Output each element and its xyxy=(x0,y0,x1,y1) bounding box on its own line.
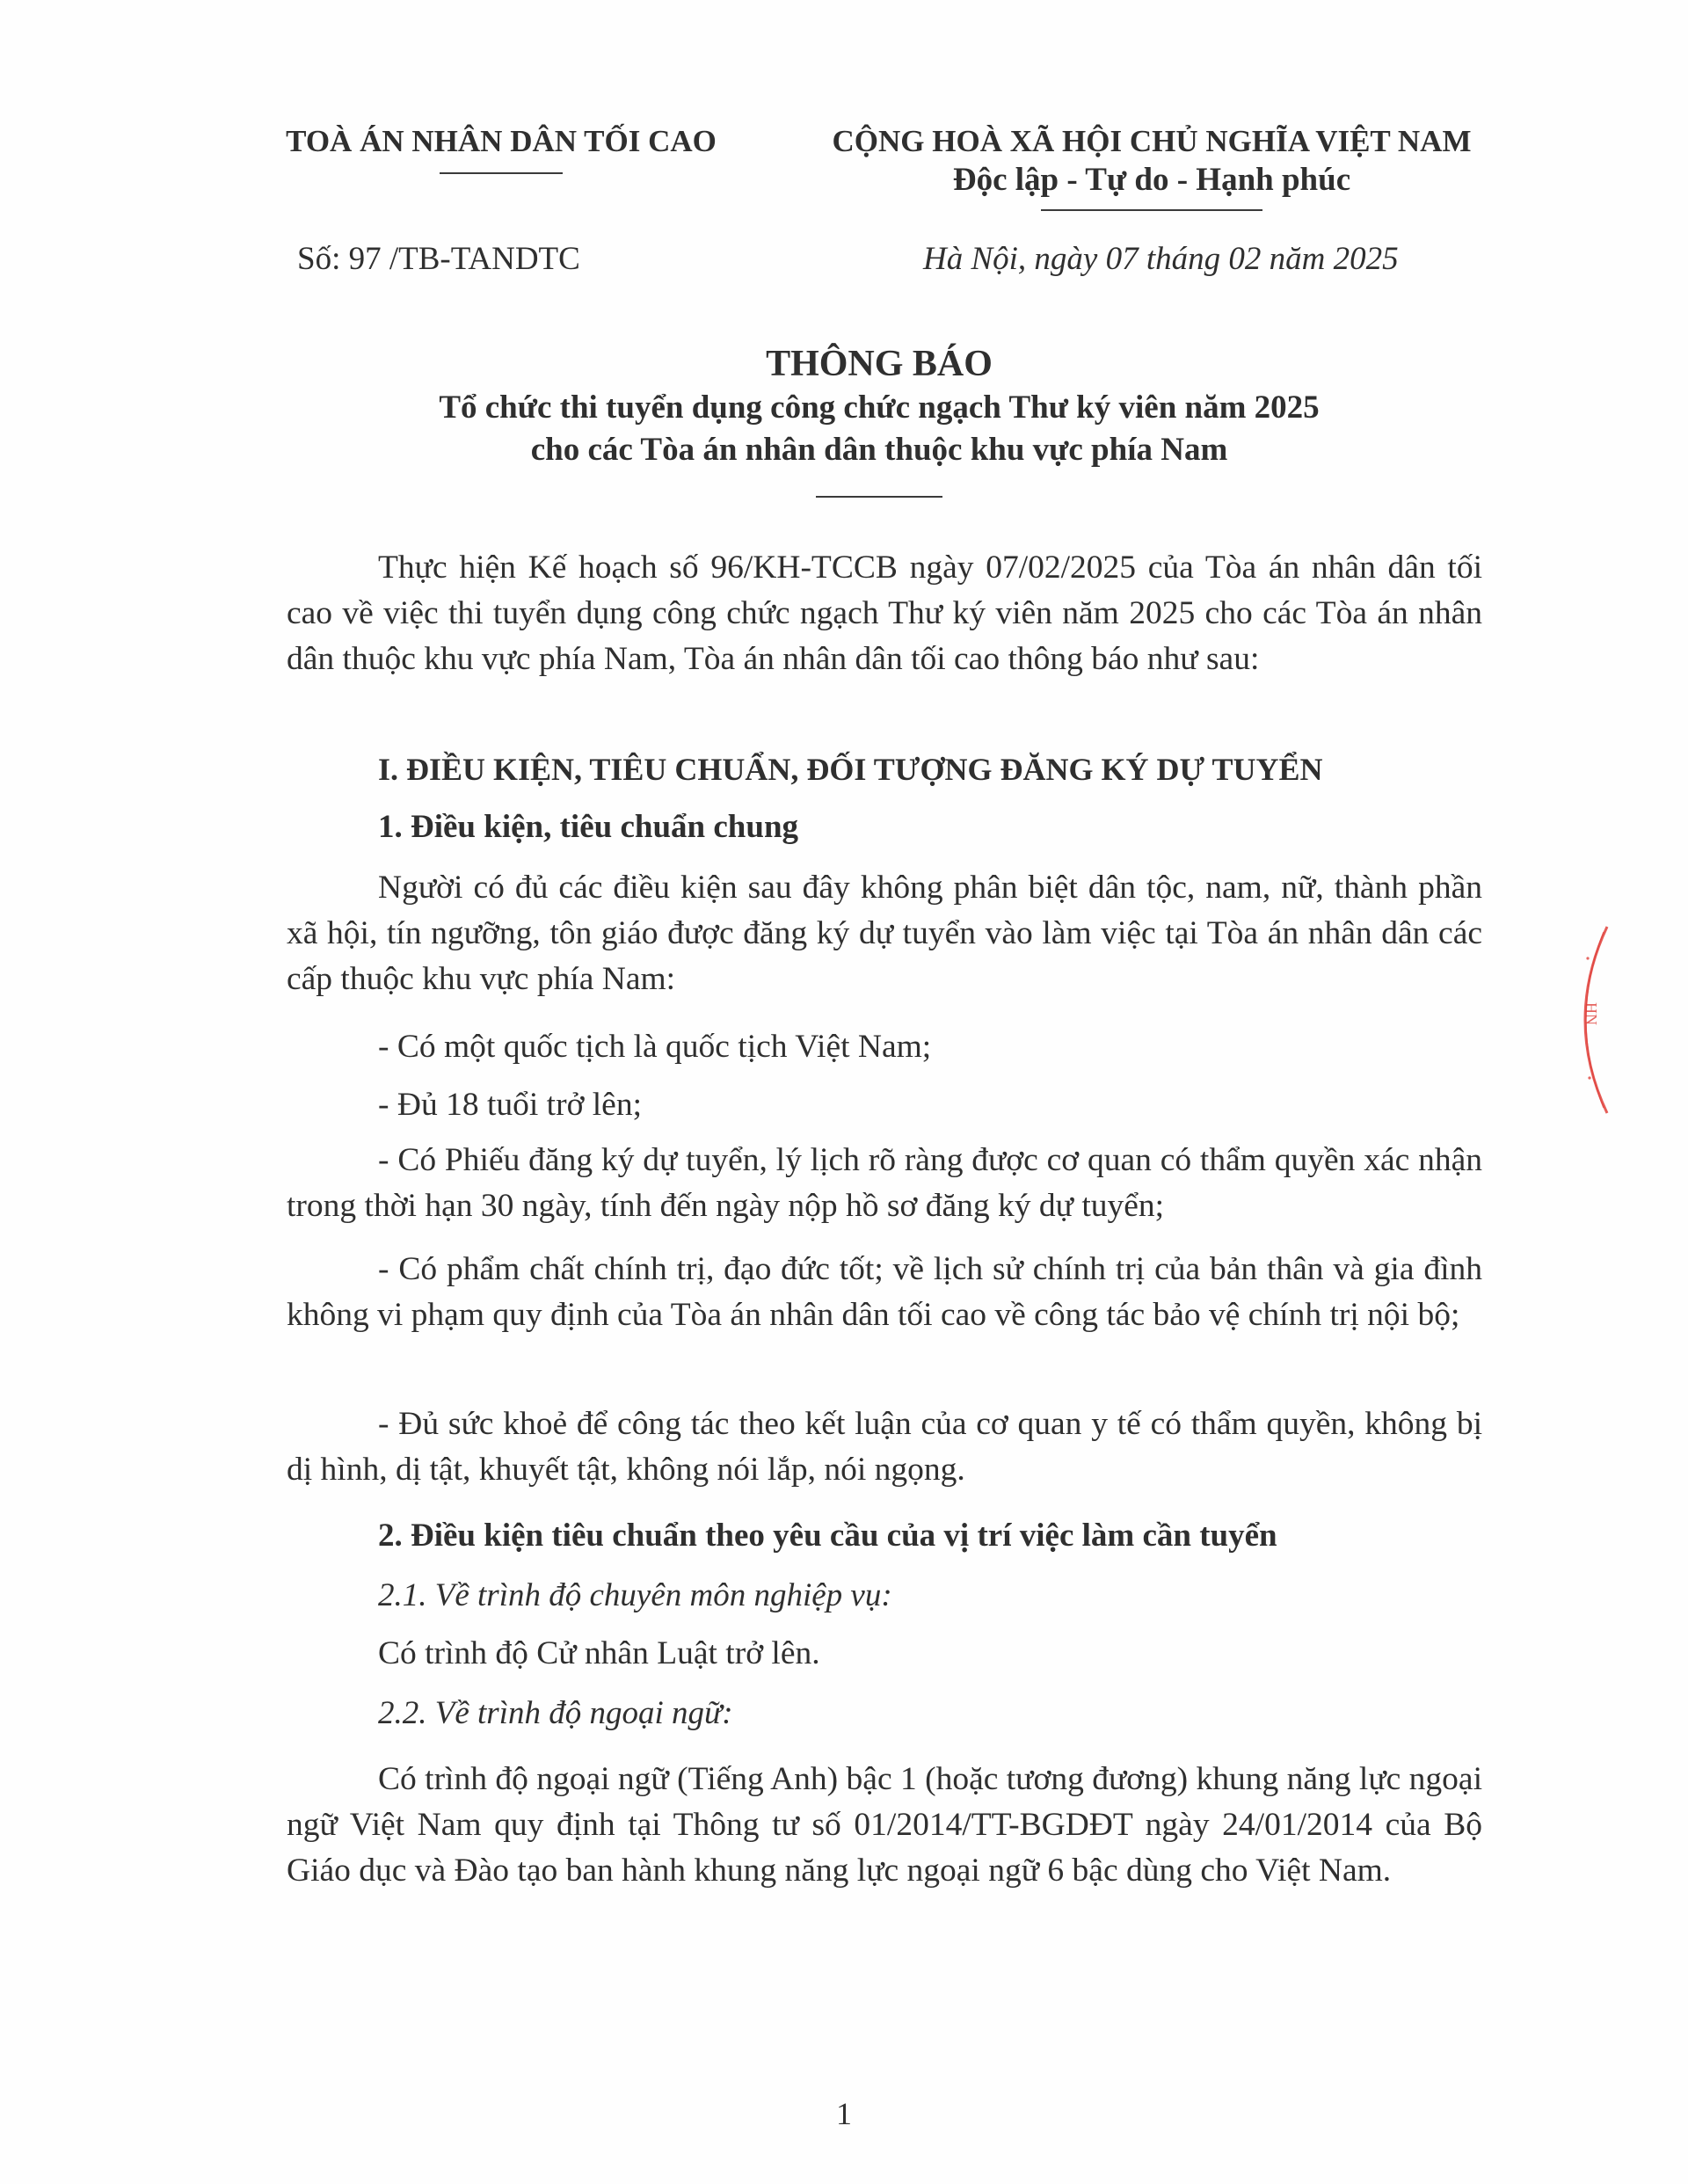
motto-underline xyxy=(1041,209,1262,211)
document-subtitle-line-2: cho các Tòa án nhân dân thuộc khu vực ph… xyxy=(352,429,1407,471)
page-number: 1 xyxy=(0,2096,1688,2131)
official-seal-fragment: ΗΝ xyxy=(1556,923,1609,1117)
section-1-1-heading: 1. Điều kiện, tiêu chuẩn chung xyxy=(378,807,798,848)
national-title: CỘNG HOÀ XÃ HỘI CHỦ NGHĨA VIỆT NAM xyxy=(774,123,1530,160)
list-item-block: - Có Phiếu đăng ký dự tuyển, lý lịch rõ … xyxy=(287,1138,1482,1229)
section-1-1-paragraph: Người có đủ các điều kiện sau đây không … xyxy=(287,865,1482,1002)
document-page: TOÀ ÁN NHÂN DÂN TỐI CAO CỘNG HOÀ XÃ HỘI … xyxy=(0,0,1688,2184)
document-title: THÔNG BÁO xyxy=(352,341,1407,387)
title-block: THÔNG BÁO Tổ chức thi tuyển dụng công ch… xyxy=(352,341,1407,498)
section-2-2-heading: 2.2. Về trình độ ngoại ngữ: xyxy=(378,1693,733,1734)
section-2-2-paragraph-block: Có trình độ ngoại ngữ (Tiếng Anh) bậc 1 … xyxy=(287,1757,1482,1894)
document-subtitle-line-1: Tổ chức thi tuyển dụng công chức ngạch T… xyxy=(352,387,1407,429)
place-and-date: Hà Nội, ngày 07 tháng 02 năm 2025 xyxy=(923,240,1399,279)
issuing-agency: TOÀ ÁN NHÂN DÂN TỐI CAO xyxy=(255,123,747,160)
list-item-block: - Có phẩm chất chính trị, đạo đức tốt; v… xyxy=(287,1247,1482,1338)
list-item: - Đủ sức khoẻ để công tác theo kết luận … xyxy=(287,1401,1482,1493)
intro-paragraph: Thực hiện Kế hoạch số 96/KH-TCCB ngày 07… xyxy=(287,545,1482,682)
national-header-block: CỘNG HOÀ XÃ HỘI CHỦ NGHĨA VIỆT NAM Độc l… xyxy=(774,123,1530,211)
section-2-2-text: Có trình độ ngoại ngữ (Tiếng Anh) bậc 1 … xyxy=(287,1757,1482,1894)
section-2-1-heading: 2.1. Về trình độ chuyên môn nghiệp vụ: xyxy=(378,1576,892,1616)
list-item: - Có phẩm chất chính trị, đạo đức tốt; v… xyxy=(287,1247,1482,1338)
national-motto: Độc lập - Tự do - Hạnh phúc xyxy=(774,160,1530,200)
list-item: - Đủ 18 tuổi trở lên; xyxy=(378,1085,642,1125)
section-2-1-text: Có trình độ Cử nhân Luật trở lên. xyxy=(378,1634,820,1674)
issuing-agency-block: TOÀ ÁN NHÂN DÂN TỐI CAO xyxy=(255,123,747,174)
document-number: Số: 97 /TB-TANDTC xyxy=(297,240,580,279)
title-underline xyxy=(816,496,942,498)
list-item-block: - Đủ sức khoẻ để công tác theo kết luận … xyxy=(287,1401,1482,1493)
section-1-2-heading: 2. Điều kiện tiêu chuẩn theo yêu cầu của… xyxy=(378,1516,1277,1556)
section-1-1-paragraph-block: Người có đủ các điều kiện sau đây không … xyxy=(287,865,1482,1002)
list-item: - Có Phiếu đăng ký dự tuyển, lý lịch rõ … xyxy=(287,1138,1482,1229)
section-1-heading: I. ĐIỀU KIỆN, TIÊU CHUẨN, ĐỐI TƯỢNG ĐĂNG… xyxy=(378,749,1322,790)
intro-paragraph-block: Thực hiện Kế hoạch số 96/KH-TCCB ngày 07… xyxy=(287,545,1482,682)
list-item: - Có một quốc tịch là quốc tịch Việt Nam… xyxy=(378,1027,931,1067)
seal-fragment-text: ΗΝ xyxy=(1582,1002,1600,1025)
agency-underline xyxy=(440,172,563,174)
